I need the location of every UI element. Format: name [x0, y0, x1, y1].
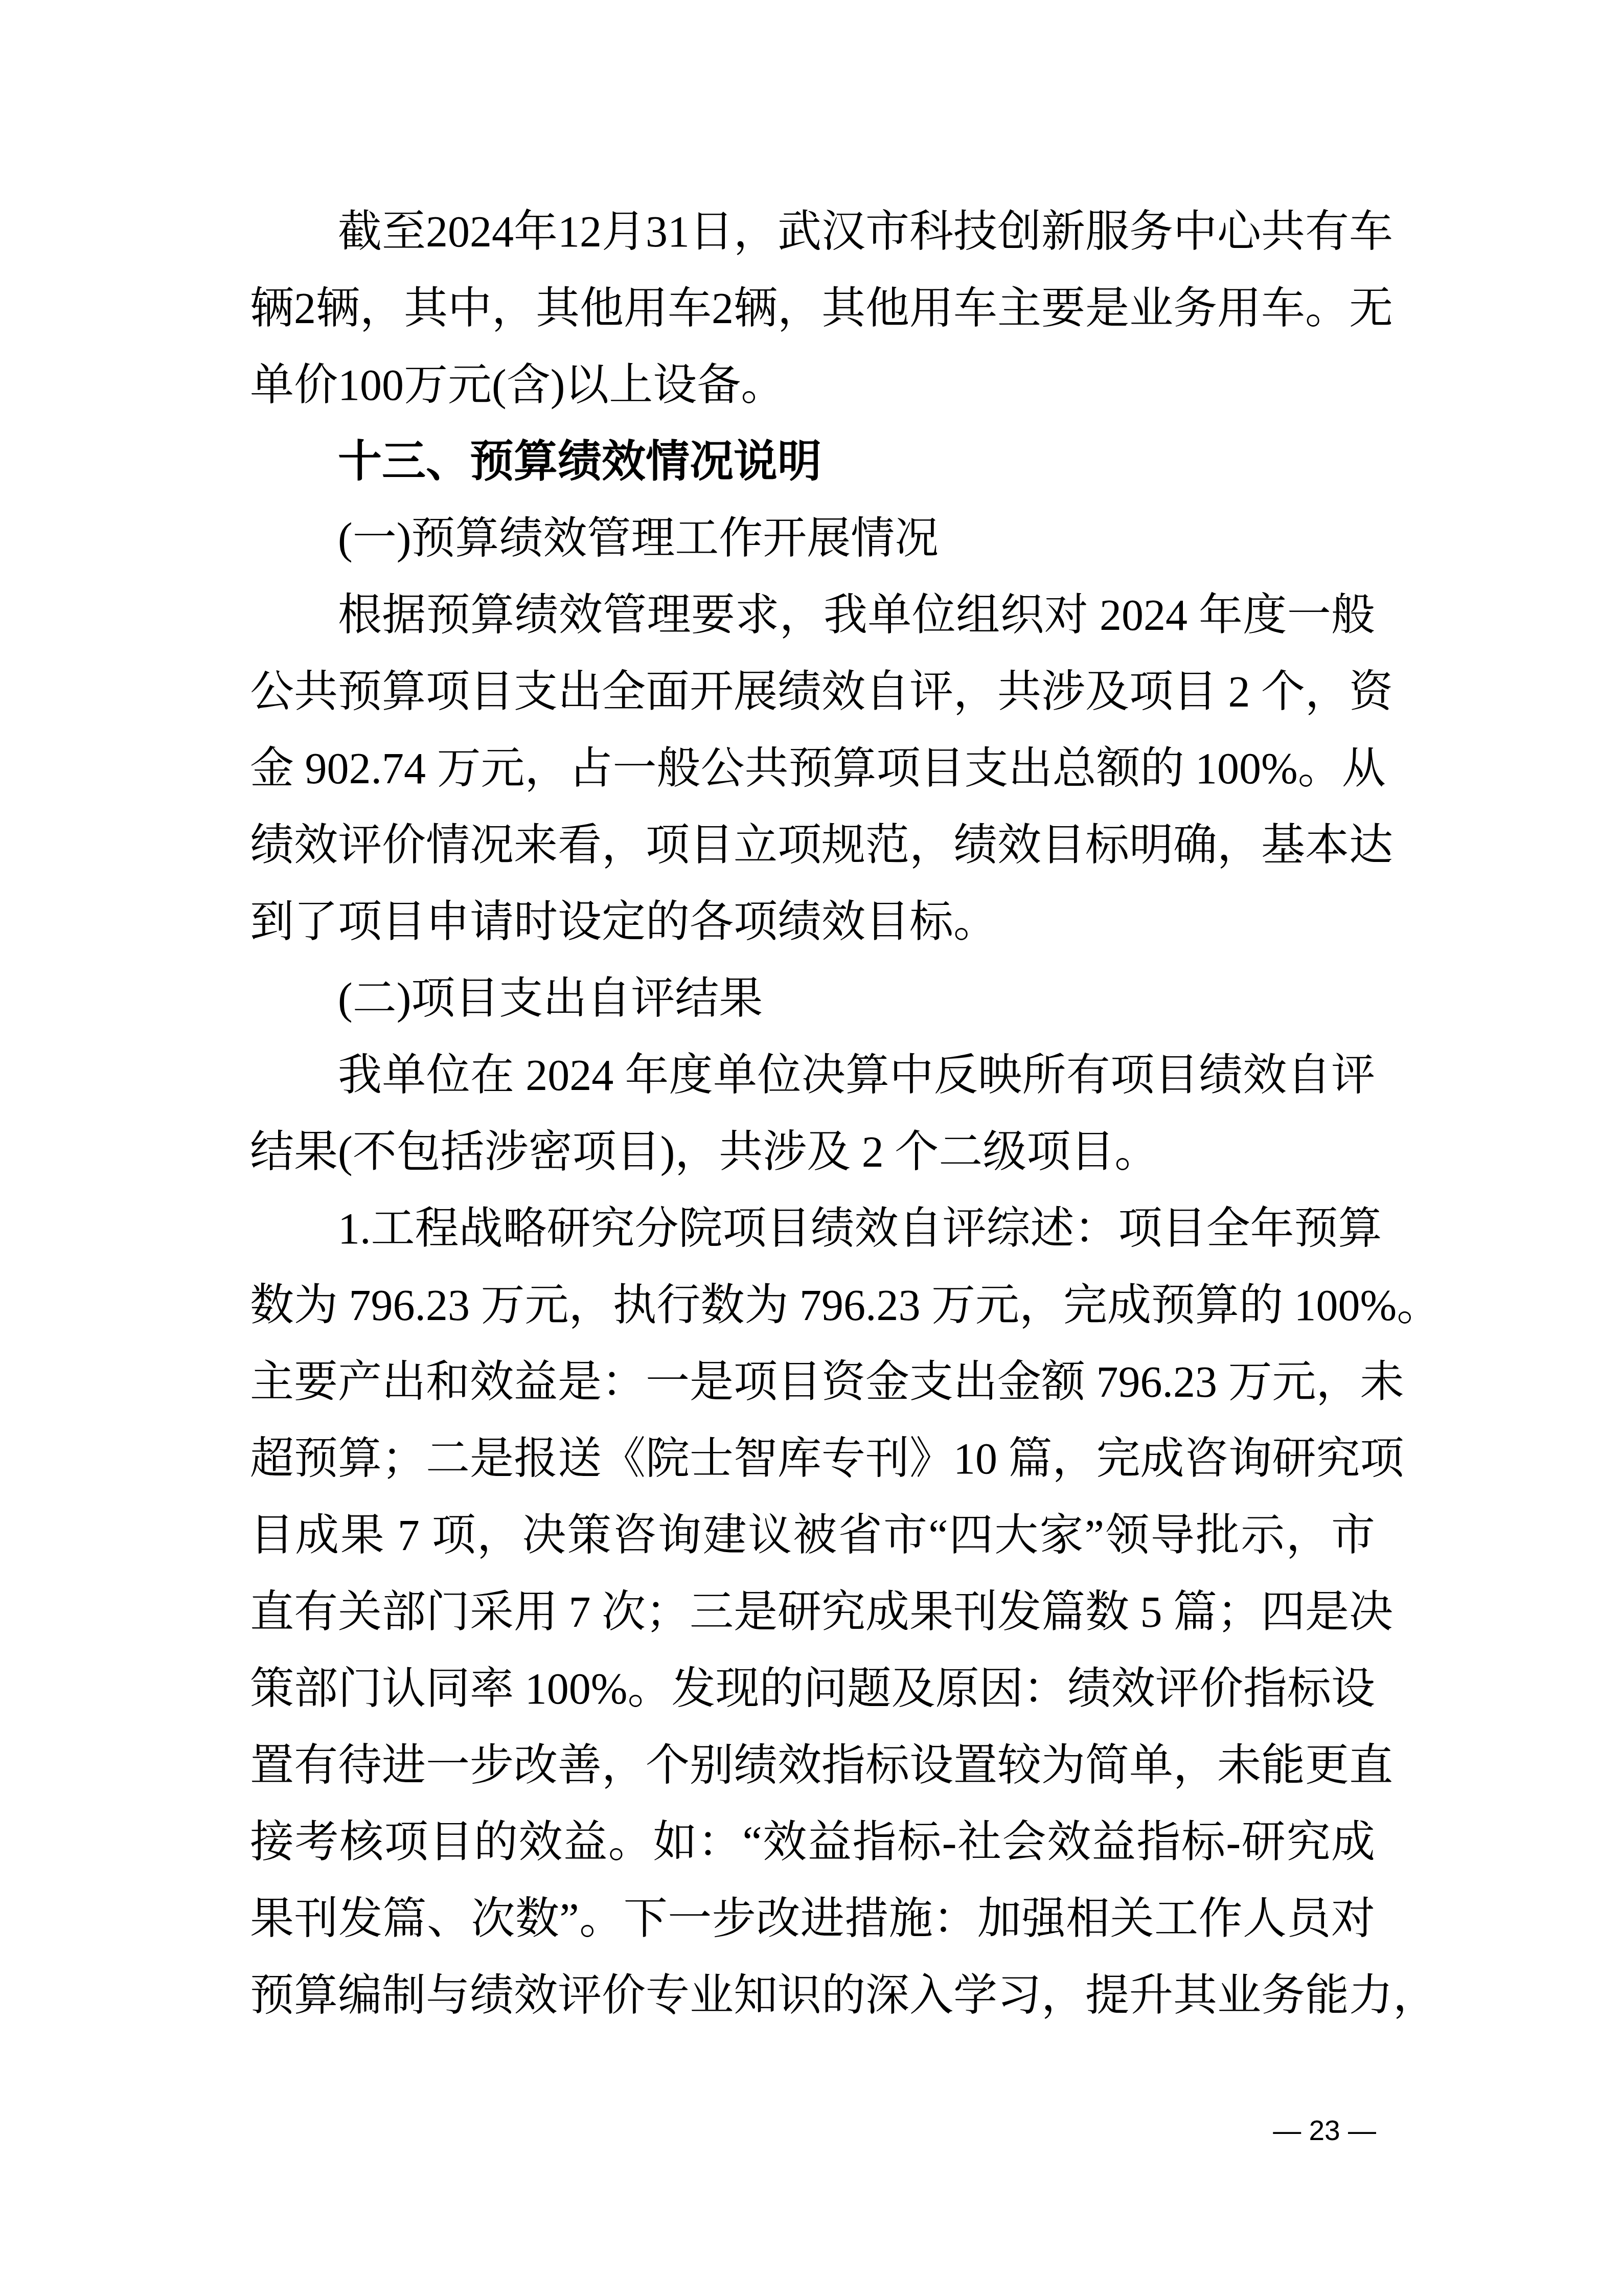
text-column: 截至2024年12月31日，武汉市科技创新服务中心共有车辆2辆，其中，其他用车2…	[250, 193, 1375, 2034]
text-line: 我单位在 2024 年度单位决算中反映所有项目绩效自评	[250, 1037, 1375, 1113]
paragraph-project1-self-evaluation: 1.工程战略研究分院项目绩效自评综述：项目全年预算数为 796.23 万元，执行…	[250, 1190, 1375, 2034]
text-line: 绩效评价情况来看，项目立项规范，绩效目标明确，基本达	[250, 807, 1375, 883]
text-line: 置有待进一步改善，个别绩效指标设置较为简单，未能更直	[250, 1727, 1375, 1804]
text-line: 果刊发篇、次数”。下一步改进措施：加强相关工作人员对	[250, 1880, 1375, 1957]
subheading-self-evaluation-results: (二)项目支出自评结果	[250, 960, 1375, 1037]
text-line: 超预算；二是报送《院士智库专刊》10 篇，完成咨询研究项	[250, 1420, 1375, 1497]
text-line: 公共预算项目支出全面开展绩效自评，共涉及项目 2 个，资	[250, 653, 1375, 730]
text-line: 结果(不包括涉密项目)，共涉及 2 个二级项目。	[250, 1113, 1375, 1190]
text-line: 目成果 7 项，决策咨询建议被省市“四大家”领导批示，市	[250, 1497, 1375, 1574]
heading-section-13: 十三、预算绩效情况说明	[250, 423, 1375, 500]
text-line: 十三、预算绩效情况说明	[250, 423, 1375, 500]
text-line: 策部门认同率 100%。发现的问题及原因：绩效评价指标设	[250, 1650, 1375, 1727]
text-line: 截至2024年12月31日，武汉市科技创新服务中心共有车	[250, 193, 1375, 270]
document-page: 截至2024年12月31日，武汉市科技创新服务中心共有车辆2辆，其中，其他用车2…	[0, 0, 1622, 2296]
paragraph-performance-management: 根据预算绩效管理要求，我单位组织对 2024 年度一般公共预算项目支出全面开展绩…	[250, 577, 1375, 960]
text-line: 数为 796.23 万元，执行数为 796.23 万元，完成预算的 100%。	[250, 1267, 1375, 1344]
text-line: 到了项目申请时设定的各项绩效目标。	[250, 883, 1375, 960]
text-line: 单价100万元(含)以上设备。	[250, 347, 1375, 423]
text-line: 直有关部门采用 7 次；三是研究成果刊发篇数 5 篇；四是决	[250, 1574, 1375, 1650]
paragraph-vehicle-assets: 截至2024年12月31日，武汉市科技创新服务中心共有车辆2辆，其中，其他用车2…	[250, 193, 1375, 423]
text-line: 金 902.74 万元，占一般公共预算项目支出总额的 100%。从	[250, 730, 1375, 807]
text-line: (一)预算绩效管理工作开展情况	[250, 500, 1375, 577]
text-line: 根据预算绩效管理要求，我单位组织对 2024 年度一般	[250, 577, 1375, 653]
paragraph-self-evaluation-scope: 我单位在 2024 年度单位决算中反映所有项目绩效自评结果(不包括涉密项目)，共…	[250, 1037, 1375, 1190]
text-line: 主要产出和效益是：一是项目资金支出金额 796.23 万元，未	[250, 1344, 1375, 1420]
text-line: 预算编制与绩效评价专业知识的深入学习，提升其业务能力，	[250, 1957, 1375, 2034]
text-line: 接考核项目的效益。如：“效益指标-社会效益指标-研究成	[250, 1804, 1375, 1880]
subheading-performance-management: (一)预算绩效管理工作开展情况	[250, 500, 1375, 577]
text-line: 辆2辆，其中，其他用车2辆，其他用车主要是业务用车。无	[250, 270, 1375, 347]
text-line: (二)项目支出自评结果	[250, 960, 1375, 1037]
page-number: — 23 —	[1273, 2112, 1376, 2148]
text-line: 1.工程战略研究分院项目绩效自评综述：项目全年预算	[250, 1190, 1375, 1267]
